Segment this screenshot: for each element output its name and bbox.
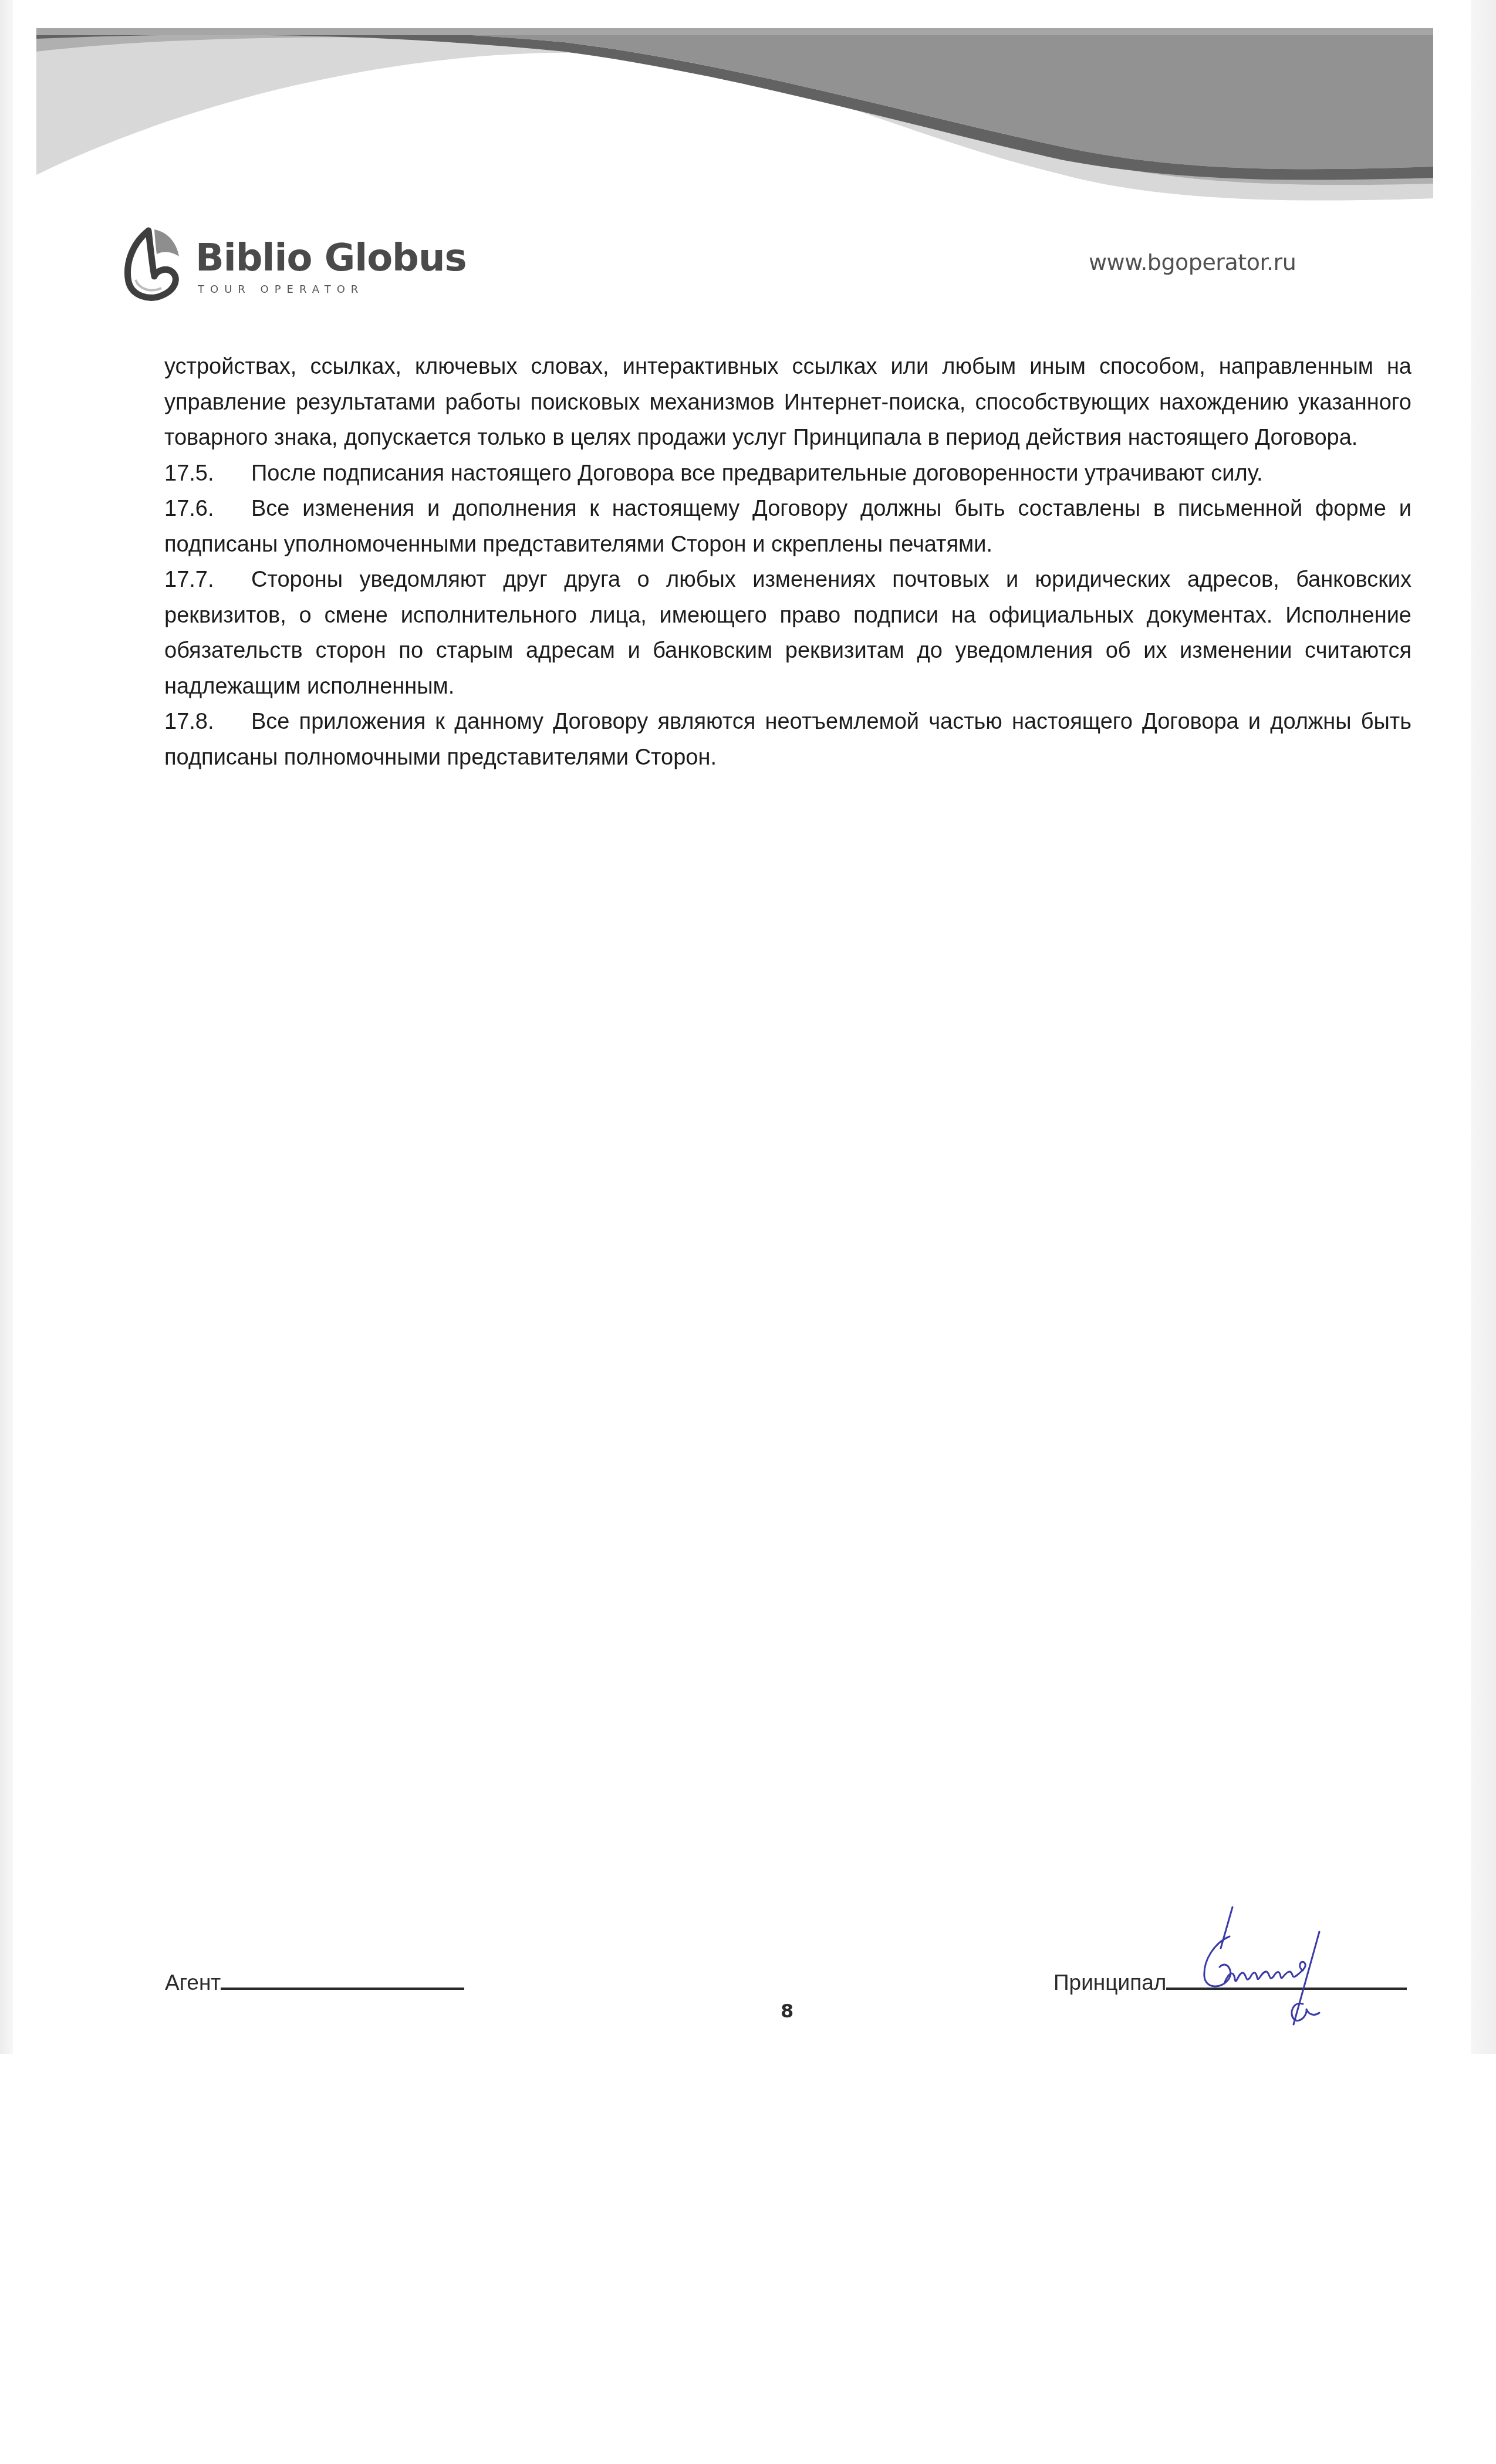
paragraph-continuation: устройствах, ссылках, ключевых словах, и… [164, 349, 1411, 456]
scan-edge-left [0, 0, 13, 2054]
clause-17-8: 17.8.Все приложения к данному Договору я… [164, 704, 1411, 775]
clause-text: Все приложения к данному Договору являют… [164, 709, 1411, 770]
brand-name: Biblio Globus [195, 236, 467, 280]
biblio-globus-logo-icon [120, 226, 188, 302]
clause-number: 17.8. [164, 704, 251, 740]
principal-label: Принципал [1053, 1970, 1166, 1995]
website-url: www.bgoperator.ru [1089, 249, 1296, 275]
contract-body: устройствах, ссылках, ключевых словах, и… [164, 349, 1411, 775]
clause-17-7: 17.7.Стороны уведомляют друг друга о люб… [164, 562, 1411, 704]
brand-logo: Biblio Globus TOUR OPERATOR [120, 226, 472, 302]
agent-label: Агент [165, 1970, 221, 1995]
clause-number: 17.7. [164, 562, 251, 598]
document-page: Biblio Globus TOUR OPERATOR www.bgoperat… [0, 0, 1496, 2054]
agent-signature-block: Агент [165, 1970, 464, 1995]
scan-background [0, 2054, 1496, 2464]
clause-text: После подписания настоящего Договора все… [251, 461, 1262, 486]
clause-text: Стороны уведомляют друг друга о любых из… [164, 567, 1411, 699]
page-number: 8 [781, 2000, 793, 2022]
clause-text: Все изменения и дополнения к настоящему … [164, 496, 1411, 557]
clause-number: 17.6. [164, 491, 251, 527]
brand-tagline: TOUR OPERATOR [198, 283, 364, 296]
clause-17-6: 17.6.Все изменения и дополнения к настоя… [164, 491, 1411, 562]
handwritten-signature-icon [1168, 1901, 1391, 2042]
header-wave-banner [36, 28, 1433, 204]
clause-17-5: 17.5.После подписания настоящего Договор… [164, 456, 1411, 492]
scan-edge-right [1471, 0, 1496, 2054]
paragraph-text: устройствах, ссылках, ключевых словах, и… [164, 354, 1411, 450]
agent-signature-line [221, 1987, 464, 1990]
clause-number: 17.5. [164, 456, 251, 492]
